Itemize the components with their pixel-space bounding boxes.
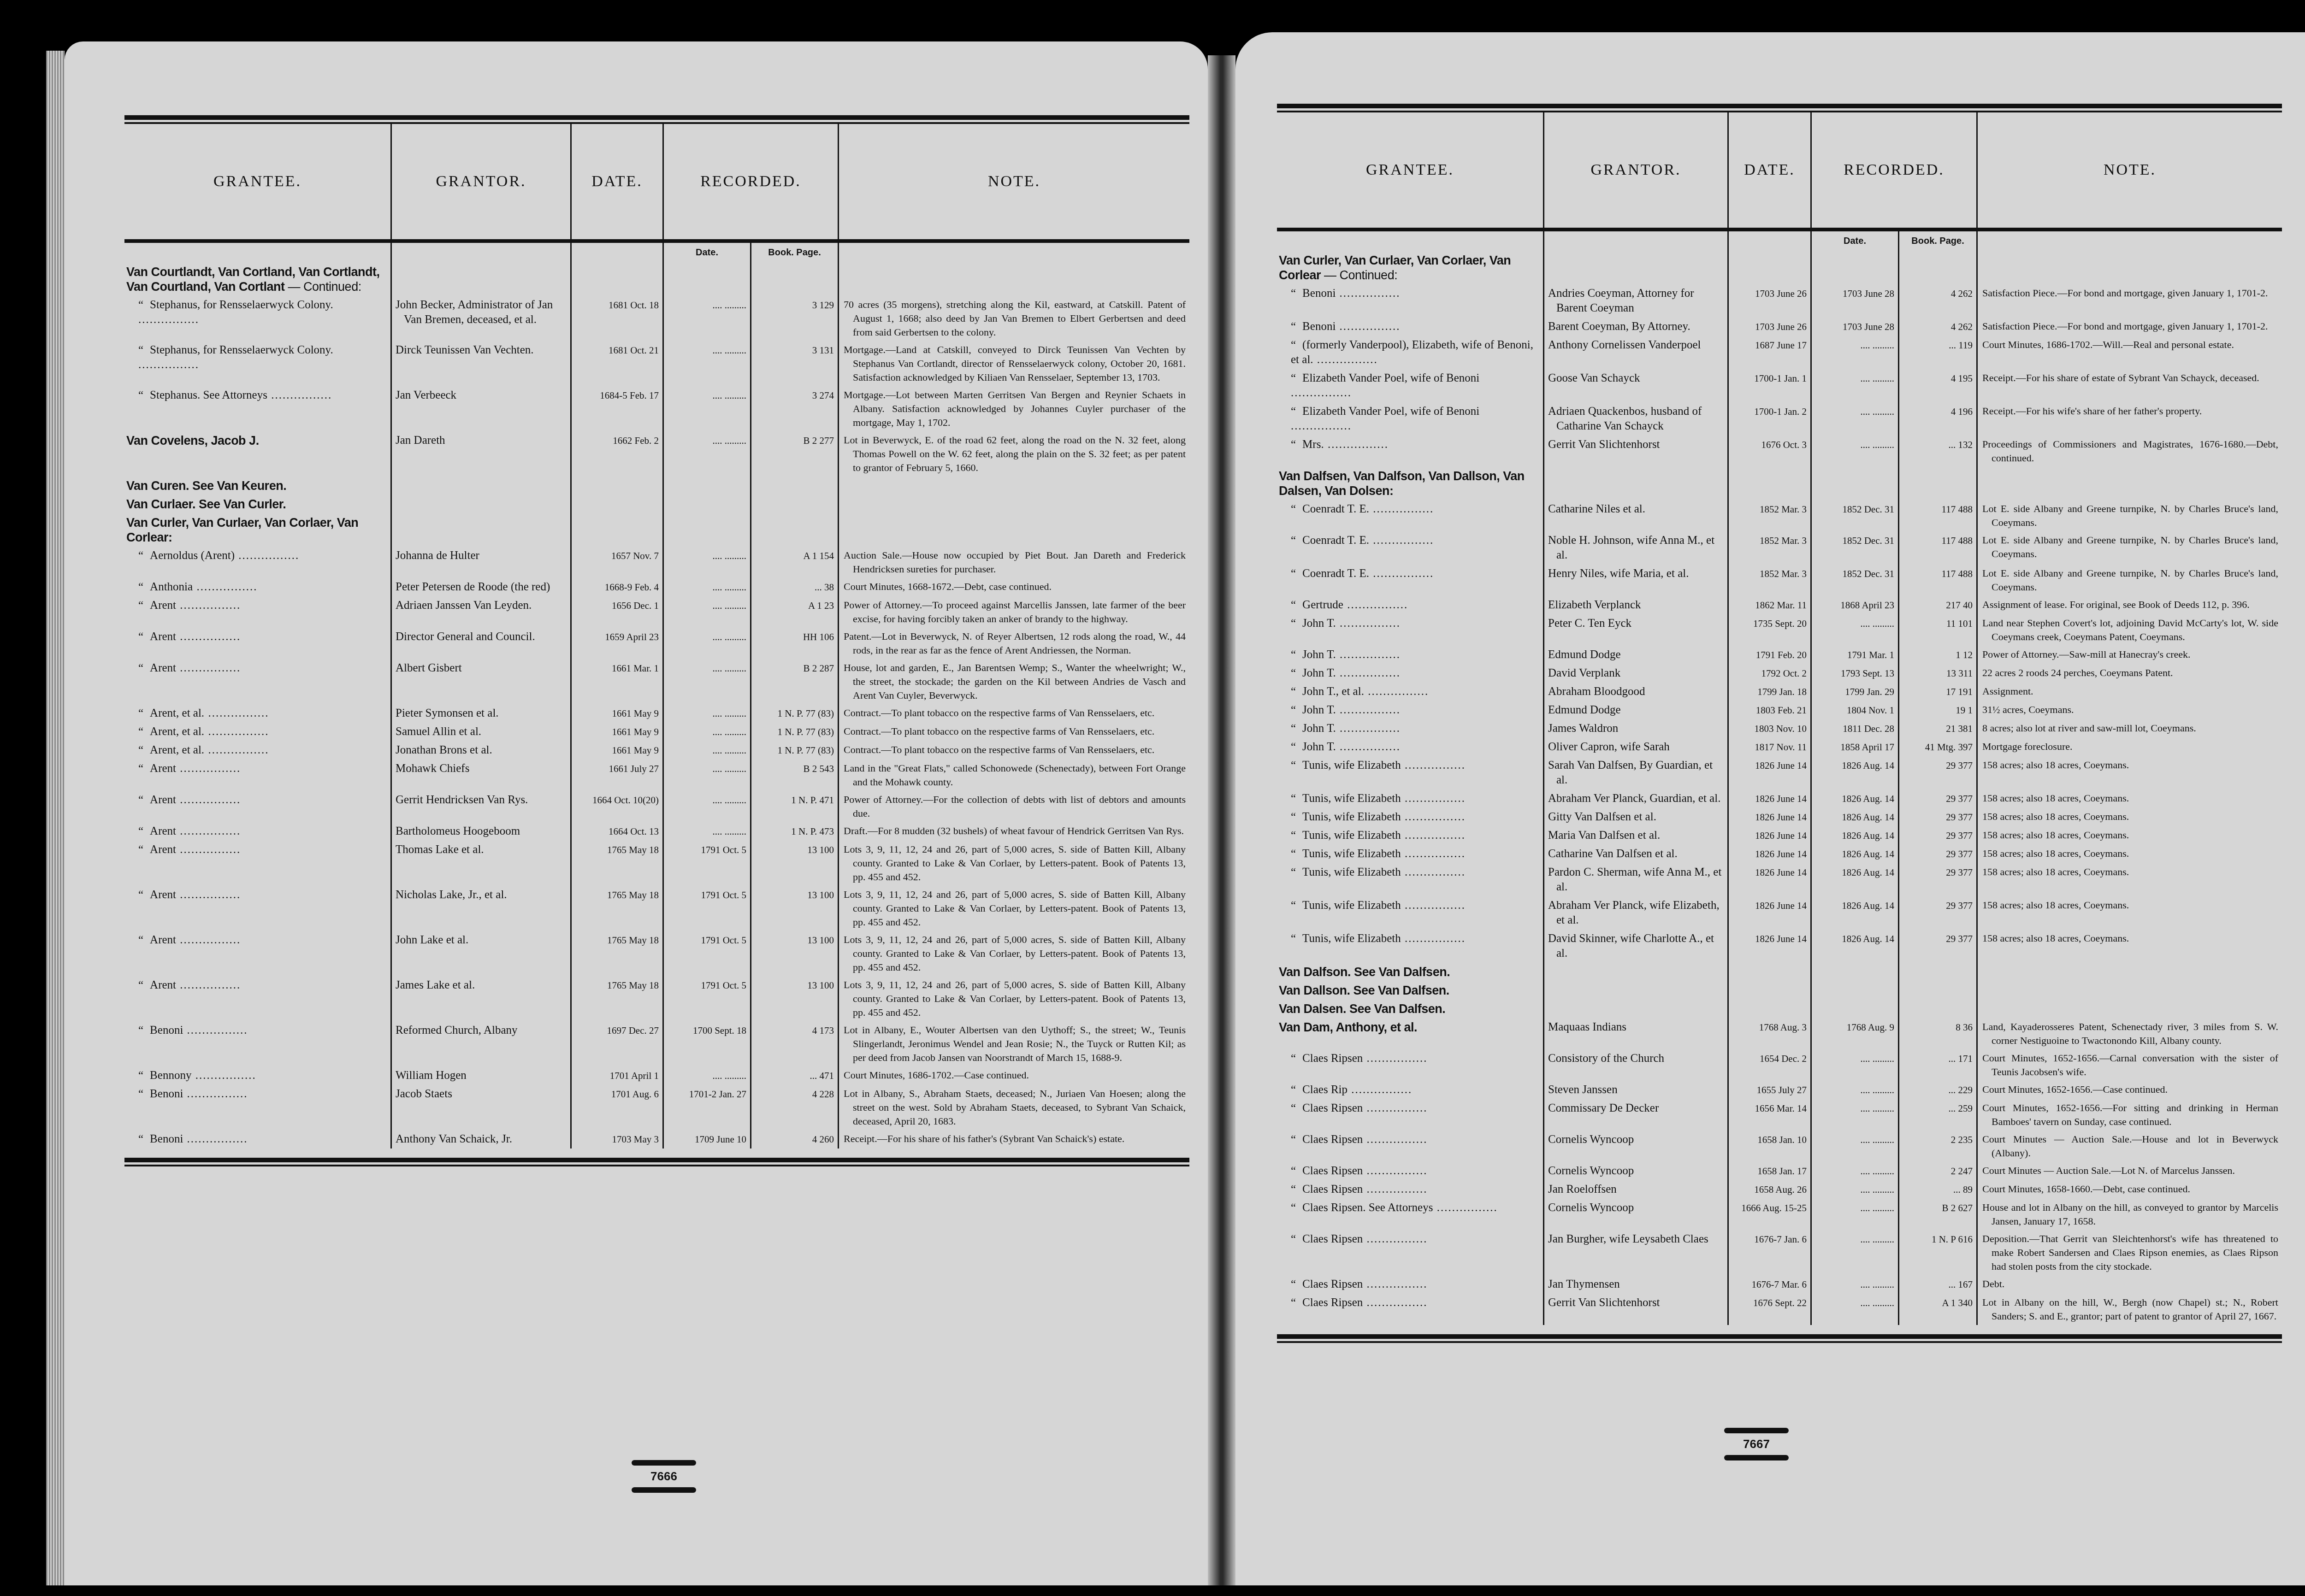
header-grantor: GRANTOR.: [392, 124, 572, 239]
note-cell: Proceedings of Commissioners and Magistr…: [1978, 436, 2282, 467]
recorded-date-cell: 1768 Aug. 9: [1812, 1018, 1899, 1049]
header-grantor: GRANTOR.: [1544, 112, 1729, 228]
date-cell: 1658 Aug. 26: [1729, 1180, 1812, 1199]
table-row: “Coenradt T. E. Catharine Niles et al. 1…: [1277, 500, 2282, 531]
grantee-name: Van Curen. See Van Keuren.: [126, 479, 286, 493]
note-cell: 22 acres 2 roods 24 perches, Coeymans Pa…: [1978, 664, 2282, 683]
ditto-mark: “: [138, 744, 143, 756]
left-ledger-body: Date. Book. Page. Van Courtlandt, Van Co…: [124, 243, 1189, 1148]
right-page-number: 7667: [1687, 1424, 1826, 1464]
grantee-cell: “John T.: [1277, 646, 1544, 664]
note-cell: Lot in Albany on the hill, W., Bergh (no…: [1978, 1294, 2282, 1325]
grantee-name: Coenradt T. E.: [1302, 503, 1434, 515]
page-number-bar-top: [1724, 1428, 1789, 1433]
book-page-cell: 41 Mtg. 397: [1899, 738, 1978, 756]
grantee-cell: “Claes Ripsen: [1277, 1131, 1544, 1162]
grantor-cell: Adriaen Janssen Van Leyden.: [392, 596, 572, 628]
grantee-cell: “Elizabeth Vander Poel, wife of Benoni: [1277, 402, 1544, 436]
header-date: DATE.: [1729, 112, 1812, 228]
recorded-date-cell: .... .........: [664, 628, 751, 659]
grantor-cell: Noble H. Johnson, wife Anna M., et al.: [1544, 531, 1729, 565]
book-page-cell: 29 377: [1899, 863, 1978, 896]
grantee-name: Claes Ripsen: [1302, 1133, 1428, 1146]
table-row: “Benoni Andries Coeyman, Attorney for Ba…: [1277, 284, 2282, 318]
ditto-mark: “: [138, 934, 143, 946]
note-cell: 31½ acres, Coeymans.: [1978, 701, 2282, 719]
grantor-cell: Jonathan Brons et al.: [392, 741, 572, 760]
ditto-mark: “: [1291, 503, 1296, 515]
grantor-cell: Adriaen Quackenbos, husband of Catharine…: [1544, 402, 1729, 436]
right-ledger-table: GRANTEE. GRANTOR. DATE. RECORDED. NOTE. …: [1277, 104, 2282, 1343]
ditto-mark: “: [1291, 438, 1296, 451]
book-page-cell: 117 488: [1899, 500, 1978, 531]
book-page-cell: 13 100: [751, 886, 839, 931]
book-page-cell: 4 228: [751, 1085, 839, 1130]
ditto-mark: “: [1291, 848, 1296, 860]
date-cell: 1799 Jan. 18: [1729, 683, 1812, 701]
note-cell: 158 acres; also 18 acres, Coeymans.: [1978, 930, 2282, 963]
book-page-cell: [751, 513, 839, 547]
date-cell: 1701 April 1: [572, 1066, 664, 1085]
date-cell: 1656 Mar. 14: [1729, 1099, 1812, 1131]
grantee-name: Arent: [150, 934, 241, 946]
book-page-cell: 1 N. P. 471: [751, 791, 839, 822]
book-page-cell: 13 100: [751, 931, 839, 976]
table-row: “Claes Rip Steven Janssen 1655 July 27 .…: [1277, 1081, 2282, 1099]
note-cell: Land, Kayaderosseres Patent, Schenectady…: [1978, 1018, 2282, 1049]
grantee-cell: “Claes Ripsen: [1277, 1099, 1544, 1131]
grantee-cell: “Coenradt T. E.: [1277, 500, 1544, 531]
ditto-mark: “: [1291, 811, 1296, 823]
grantor-cell: Abraham Ver Planck, Guardian, et al.: [1544, 789, 1729, 808]
grantee-name: John T.: [1302, 722, 1401, 735]
ditto-mark: “: [1291, 932, 1296, 945]
grantor-cell: Mohawk Chiefs: [392, 760, 572, 791]
table-row: “Gertrude Elizabeth Verplanck 1862 Mar. …: [1277, 596, 2282, 614]
table-row: “Claes Ripsen Jan Roeloffsen 1658 Aug. 2…: [1277, 1180, 2282, 1199]
table-row: “John T. Oliver Capron, wife Sarah 1817 …: [1277, 738, 2282, 756]
grantor-cell: Gerrit Van Slichtenhorst: [1544, 436, 1729, 467]
grantee-cell: “Arent: [124, 841, 392, 886]
header-recorded: RECORDED.: [664, 124, 839, 239]
recorded-date-cell: .... .........: [664, 386, 751, 431]
book-page-cell: 1 12: [1899, 646, 1978, 664]
note-cell: 158 acres; also 18 acres, Coeymans.: [1978, 845, 2282, 863]
table-row: “Arent Albert Gisbert 1661 Mar. 1 .... .…: [124, 659, 1189, 704]
date-cell: 1701 Aug. 6: [572, 1085, 664, 1130]
grantor-cell: Cornelis Wyncoop: [1544, 1162, 1729, 1180]
table-row: Van Curen. See Van Keuren.: [124, 477, 1189, 495]
grantee-cell: “Claes Ripsen: [1277, 1162, 1544, 1180]
recorded-date-cell: 1826 Aug. 14: [1812, 863, 1899, 896]
date-cell: 1735 Sept. 20: [1729, 614, 1812, 646]
recorded-date-cell: .... .........: [1812, 1199, 1899, 1230]
date-cell: 1664 Oct. 13: [572, 822, 664, 841]
grantor-cell: Abraham Ver Planck, wife Elizabeth, et a…: [1544, 896, 1729, 930]
grantee-cell: “Arent: [124, 791, 392, 822]
grantee-name: (formerly Vanderpool), Elizabeth, wife o…: [1291, 339, 1533, 366]
table-row: Van Dalsen. See Van Dalfsen.: [1277, 1000, 2282, 1018]
note-cell: 158 acres; also 18 acres, Coeymans.: [1978, 896, 2282, 930]
grantor-cell: [392, 495, 572, 513]
book-page-cell: [751, 495, 839, 513]
subheader-recorded-date: Date.: [1812, 231, 1899, 251]
recorded-date-cell: 1868 April 23: [1812, 596, 1899, 614]
book-page-cell: A 1 23: [751, 596, 839, 628]
recorded-date-cell: [664, 263, 751, 296]
grantee-cell: “Benoni: [124, 1021, 392, 1066]
grantor-cell: Abraham Bloodgood: [1544, 683, 1729, 701]
date-cell: [1729, 981, 1812, 1000]
note-cell: [1978, 251, 2282, 284]
book-page-cell: 117 488: [1899, 565, 1978, 596]
table-row: “Stephanus. See Attorneys Jan Verbeeck 1…: [124, 386, 1189, 431]
note-cell: Contract.—To plant tobacco on the respec…: [839, 723, 1189, 741]
page-number-text: 7667: [1687, 1437, 1826, 1451]
grantee-name: Gertrude: [1302, 599, 1408, 611]
note-cell: Court Minutes, 1668-1672.—Debt, case con…: [839, 578, 1189, 596]
grantee-name: Claes Ripsen: [1302, 1165, 1428, 1177]
grantee-name: Arent: [150, 599, 241, 612]
page-number-bar-top: [632, 1460, 696, 1466]
date-cell: 1676 Sept. 22: [1729, 1294, 1812, 1325]
grantor-cell: Gitty Van Dalfsen et al.: [1544, 808, 1729, 826]
ditto-mark: “: [1291, 339, 1296, 351]
grantee-cell: “Claes Ripsen. See Attorneys: [1277, 1199, 1544, 1230]
grantee-name: Arent: [150, 843, 241, 856]
date-cell: [572, 263, 664, 296]
ditto-mark: “: [138, 1133, 143, 1145]
date-cell: 1765 May 18: [572, 841, 664, 886]
note-cell: 158 acres; also 18 acres, Coeymans.: [1978, 789, 2282, 808]
note-cell: Court Minutes, 1686-1702.—Will.—Real and…: [1978, 336, 2282, 369]
recorded-date-cell: .... .........: [1812, 1230, 1899, 1275]
recorded-date-cell: .... .........: [664, 578, 751, 596]
grantor-cell: [392, 263, 572, 296]
grantor-cell: Director General and Council.: [392, 628, 572, 659]
ditto-mark: “: [138, 1088, 143, 1100]
grantee-cell: “Tunis, wife Elizabeth: [1277, 826, 1544, 845]
grantee-cell: Van Dam, Anthony, et al.: [1277, 1018, 1544, 1049]
book-page-cell: 2 247: [1899, 1162, 1978, 1180]
note-cell: 158 acres; also 18 acres, Coeymans.: [1978, 863, 2282, 896]
grantee-cell: “Arent: [124, 596, 392, 628]
grantor-cell: Jan Verbeeck: [392, 386, 572, 431]
note-cell: [839, 477, 1189, 495]
note-cell: Court Minutes, 1652-1656.—Case continued…: [1978, 1081, 2282, 1099]
recorded-date-cell: [1812, 467, 1899, 500]
table-row: “Claes Ripsen Cornelis Wyncoop 1658 Jan.…: [1277, 1131, 2282, 1162]
recorded-date-cell: 1826 Aug. 14: [1812, 826, 1899, 845]
grantor-cell: Peter C. Ten Eyck: [1544, 614, 1729, 646]
date-cell: 1826 June 14: [1729, 756, 1812, 789]
date-cell: 1765 May 18: [572, 931, 664, 976]
note-cell: House and lot in Albany on the hill, as …: [1978, 1199, 2282, 1230]
grantee-cell: “John T., et al.: [1277, 683, 1544, 701]
grantee-cell: “Claes Ripsen: [1277, 1275, 1544, 1294]
grantor-cell: Jan Burgher, wife Leysabeth Claes: [1544, 1230, 1729, 1275]
continued-label: — Continued:: [285, 280, 361, 294]
ditto-mark: “: [1291, 792, 1296, 805]
table-row: “Tunis, wife Elizabeth Gitty Van Dalfsen…: [1277, 808, 2282, 826]
grantee-name: Arent: [150, 825, 241, 837]
grantee-name: Coenradt T. E.: [1302, 534, 1434, 547]
grantee-name: Van Dalsen. See Van Dalfsen.: [1279, 1002, 1445, 1016]
recorded-date-cell: 1826 Aug. 14: [1812, 930, 1899, 963]
grantor-cell: Edmund Dodge: [1544, 646, 1729, 664]
grantor-cell: Steven Janssen: [1544, 1081, 1729, 1099]
grantor-cell: Maquaas Indians: [1544, 1018, 1729, 1049]
table-row: Van Curler, Van Curlaer, Van Corlaer, Va…: [1277, 251, 2282, 284]
table-row: “Arent Director General and Council. 165…: [124, 628, 1189, 659]
note-cell: [1978, 963, 2282, 981]
ditto-mark: “: [138, 889, 143, 901]
table-row: “Claes Ripsen Consistory of the Church 1…: [1277, 1049, 2282, 1081]
ditto-mark: “: [138, 662, 143, 674]
book-page-cell: 21 381: [1899, 719, 1978, 738]
book-page-cell: [1899, 251, 1978, 284]
grantor-cell: William Hogen: [392, 1066, 572, 1085]
book-page-cell: B 2 543: [751, 760, 839, 791]
recorded-date-cell: .... .........: [1812, 369, 1899, 402]
table-row: “Stephanus, for Rensselaerwyck Colony. J…: [124, 296, 1189, 341]
grantee-name: Arent: [150, 979, 241, 991]
book-page-cell: A 1 340: [1899, 1294, 1978, 1325]
grantee-cell: “(formerly Vanderpool), Elizabeth, wife …: [1277, 336, 1544, 369]
date-cell: 1852 Mar. 3: [1729, 531, 1812, 565]
recorded-date-cell: .... .........: [664, 296, 751, 341]
recorded-date-cell: 1799 Jan. 29: [1812, 683, 1899, 701]
grantor-cell: Gerrit Hendricksen Van Rys.: [392, 791, 572, 822]
grantee-name: Benoni: [150, 1088, 248, 1100]
grantee-cell: Van Curler, Van Curlaer, Van Corlaer, Va…: [124, 513, 392, 547]
table-row: “Claes Ripsen Jan Burgher, wife Leysabet…: [1277, 1230, 2282, 1275]
note-cell: Power of Attorney.—Saw-mill at Hanecray'…: [1978, 646, 2282, 664]
table-row: “Tunis, wife Elizabeth David Skinner, wi…: [1277, 930, 2282, 963]
book-page-cell: 117 488: [1899, 531, 1978, 565]
table-row: “John T., et al. Abraham Bloodgood 1799 …: [1277, 683, 2282, 701]
top-rule: [124, 115, 1189, 120]
table-row: “John T. Edmund Dodge 1803 Feb. 21 1804 …: [1277, 701, 2282, 719]
table-row: “Arent James Lake et al. 1765 May 18 179…: [124, 976, 1189, 1021]
grantor-cell: Barent Coeyman, By Attorney.: [1544, 318, 1729, 336]
recorded-date-cell: 1858 April 17: [1812, 738, 1899, 756]
note-cell: Lot in Beverwyck, E. of the road 62 feet…: [839, 431, 1189, 477]
table-row: “Arent, et al. Samuel Allin et al. 1661 …: [124, 723, 1189, 741]
table-row: “(formerly Vanderpool), Elizabeth, wife …: [1277, 336, 2282, 369]
grantee-cell: “Anthonia: [124, 578, 392, 596]
grantee-cell: “Benoni: [1277, 318, 1544, 336]
table-row: “Arent Gerrit Hendricksen Van Rys. 1664 …: [124, 791, 1189, 822]
note-cell: Receipt.—For his share of his father's (…: [839, 1130, 1189, 1148]
date-cell: 1803 Nov. 10: [1729, 719, 1812, 738]
date-cell: 1681 Oct. 21: [572, 341, 664, 386]
book-page-cell: 4 262: [1899, 284, 1978, 318]
ditto-mark: “: [1291, 1052, 1296, 1065]
grantee-name: Tunis, wife Elizabeth: [1302, 811, 1466, 823]
ditto-mark: “: [138, 707, 143, 719]
book-page-cell: 13 311: [1899, 664, 1978, 683]
table-row: Van Dallson. See Van Dalfsen.: [1277, 981, 2282, 1000]
grantee-cell: Van Courtlandt, Van Cortland, Van Cortla…: [124, 263, 392, 296]
grantee-name: Arent, et al.: [150, 725, 269, 738]
grantor-cell: Oliver Capron, wife Sarah: [1544, 738, 1729, 756]
grantee-cell: “Claes Rip: [1277, 1081, 1544, 1099]
recorded-date-cell: .... .........: [664, 341, 751, 386]
recorded-date-cell: .... .........: [1812, 436, 1899, 467]
grantee-cell: Van Dalsen. See Van Dalfsen.: [1277, 1000, 1544, 1018]
note-cell: Court Minutes — Auction Sale.—House and …: [1978, 1131, 2282, 1162]
grantee-name: John T.: [1302, 617, 1401, 630]
grantee-cell: “Arent: [124, 822, 392, 841]
grantee-cell: “Elizabeth Vander Poel, wife of Benoni: [1277, 369, 1544, 402]
book-page-cell: 4 196: [1899, 402, 1978, 436]
note-cell: House, lot and garden, E., Jan Barentsen…: [839, 659, 1189, 704]
grantee-cell: “Arent: [124, 931, 392, 976]
table-row: Van Dalfson. See Van Dalfsen.: [1277, 963, 2282, 981]
note-cell: [1978, 1000, 2282, 1018]
recorded-date-cell: [664, 477, 751, 495]
recorded-date-cell: 1793 Sept. 13: [1812, 664, 1899, 683]
date-cell: 1826 June 14: [1729, 896, 1812, 930]
grantee-name: Claes Ripsen: [1302, 1233, 1428, 1245]
note-cell: 158 acres; also 18 acres, Coeymans.: [1978, 756, 2282, 789]
book-page-cell: 4 262: [1899, 318, 1978, 336]
grantor-cell: Cornelis Wyncoop: [1544, 1199, 1729, 1230]
grantee-name: Claes Ripsen: [1302, 1278, 1428, 1290]
grantee-cell: “Claes Ripsen: [1277, 1230, 1544, 1275]
table-row: “Benoni Jacob Staets 1701 Aug. 6 1701-2 …: [124, 1085, 1189, 1130]
grantor-cell: David Skinner, wife Charlotte A., et al.: [1544, 930, 1729, 963]
book-page-cell: 29 377: [1899, 789, 1978, 808]
bottom-rule: [124, 1158, 1189, 1162]
table-row: “Arent, et al. Jonathan Brons et al. 166…: [124, 741, 1189, 760]
date-cell: 1852 Mar. 3: [1729, 500, 1812, 531]
book-page-cell: 13 100: [751, 976, 839, 1021]
recorded-date-cell: [1812, 963, 1899, 981]
grantee-cell: “Claes Ripsen: [1277, 1049, 1544, 1081]
grantee-name: Tunis, wife Elizabeth: [1302, 899, 1466, 912]
date-cell: 1703 June 26: [1729, 284, 1812, 318]
grantee-name: Claes Ripsen. See Attorneys: [1302, 1201, 1498, 1214]
grantee-name: John T.: [1302, 648, 1401, 661]
note-cell: Draft.—For 8 mudden (32 bushels) of whea…: [839, 822, 1189, 841]
ditto-mark: “: [138, 794, 143, 806]
recorded-date-cell: .... .........: [1812, 1081, 1899, 1099]
grantee-name: Arent, et al.: [150, 744, 269, 756]
table-row: “Coenradt T. E. Henry Niles, wife Maria,…: [1277, 565, 2282, 596]
book-page-cell: A 1 154: [751, 547, 839, 578]
grantor-cell: Thomas Lake et al.: [392, 841, 572, 886]
header-note: NOTE.: [839, 124, 1189, 239]
recorded-date-cell: 1791 Oct. 5: [664, 841, 751, 886]
note-cell: Land near Stephen Covert's lot, adjoinin…: [1978, 614, 2282, 646]
note-cell: Lot in Albany, S., Abraham Staets, decea…: [839, 1085, 1189, 1130]
book-page-cell: 17 191: [1899, 683, 1978, 701]
grantor-cell: Anthony Van Schaick, Jr.: [392, 1130, 572, 1148]
grantee-name: Arent: [150, 889, 241, 901]
book-page-cell: 2 235: [1899, 1131, 1978, 1162]
date-cell: [1729, 963, 1812, 981]
table-row: “Claes Ripsen. See Attorneys Cornelis Wy…: [1277, 1199, 2282, 1230]
grantor-cell: Gerrit Van Slichtenhorst: [1544, 1294, 1729, 1325]
grantor-cell: Consistory of the Church: [1544, 1049, 1729, 1081]
note-cell: 70 acres (35 morgens), stretching along …: [839, 296, 1189, 341]
table-row: “Arent Thomas Lake et al. 1765 May 18 17…: [124, 841, 1189, 886]
grantee-cell: “John T.: [1277, 614, 1544, 646]
book-page-cell: ... 132: [1899, 436, 1978, 467]
grantor-cell: [1544, 251, 1729, 284]
recorded-date-cell: 1826 Aug. 14: [1812, 845, 1899, 863]
grantor-cell: Goose Van Schayck: [1544, 369, 1729, 402]
ditto-mark: “: [1291, 617, 1296, 630]
date-cell: 1826 June 14: [1729, 789, 1812, 808]
note-cell: Deposition.—That Gerrit van Sleichtenhor…: [1978, 1230, 2282, 1275]
book-page-cell: [1899, 963, 1978, 981]
recorded-date-cell: 1811 Dec. 28: [1812, 719, 1899, 738]
note-cell: Court Minutes — Auction Sale.—Lot N. of …: [1978, 1162, 2282, 1180]
book-page-cell: ... 259: [1899, 1099, 1978, 1131]
book-page-cell: 217 40: [1899, 596, 1978, 614]
recorded-date-cell: .... .........: [664, 659, 751, 704]
date-cell: 1681 Oct. 18: [572, 296, 664, 341]
grantee-name: Stephanus. See Attorneys: [150, 389, 332, 401]
bottom-rule-thin: [124, 1165, 1189, 1166]
grantor-cell: Anthony Cornelissen Vanderpoel: [1544, 336, 1729, 369]
ditto-mark: “: [1291, 1084, 1296, 1096]
ditto-mark: “: [138, 549, 143, 562]
grantor-cell: Dirck Teunissen Van Vechten.: [392, 341, 572, 386]
grantee-name: John T.: [1302, 741, 1401, 753]
grantee-cell: “John T.: [1277, 738, 1544, 756]
grantor-cell: [1544, 1000, 1729, 1018]
ditto-mark: “: [1291, 1296, 1296, 1309]
ditto-mark: “: [1291, 1233, 1296, 1245]
grantor-cell: Andries Coeyman, Attorney for Barent Coe…: [1544, 284, 1729, 318]
ditto-mark: “: [1291, 320, 1296, 333]
recorded-date-cell: 1703 June 28: [1812, 318, 1899, 336]
grantor-cell: David Verplank: [1544, 664, 1729, 683]
grantee-name: Claes Ripsen: [1302, 1052, 1428, 1065]
date-cell: 1700-1 Jan. 1: [1729, 369, 1812, 402]
table-row: “Arent Nicholas Lake, Jr., et al. 1765 M…: [124, 886, 1189, 931]
grantee-cell: “Arent: [124, 760, 392, 791]
grantee-cell: “John T.: [1277, 664, 1544, 683]
book-page-cell: 19 1: [1899, 701, 1978, 719]
date-cell: 1700-1 Jan. 2: [1729, 402, 1812, 436]
ditto-mark: “: [138, 979, 143, 991]
book-page-cell: 11 101: [1899, 614, 1978, 646]
grantee-cell: “Arent, et al.: [124, 741, 392, 760]
grantor-cell: John Lake et al.: [392, 931, 572, 976]
grantee-name: Benoni: [150, 1133, 248, 1145]
ditto-mark: “: [1291, 534, 1296, 547]
note-cell: Lot E. side Albany and Greene turnpike, …: [1978, 500, 2282, 531]
date-cell: 1668-9 Feb. 4: [572, 578, 664, 596]
grantee-name: Claes Rip: [1302, 1084, 1412, 1096]
book-page-cell: 29 377: [1899, 808, 1978, 826]
ditto-mark: “: [138, 725, 143, 738]
table-row: “Tunis, wife Elizabeth Maria Van Dalfsen…: [1277, 826, 2282, 845]
ditto-mark: “: [1291, 667, 1296, 679]
ditto-mark: “: [1291, 685, 1296, 698]
grantor-cell: Catharine Van Dalfsen et al.: [1544, 845, 1729, 863]
note-cell: Court Minutes, 1652-1656.—Carnal convers…: [1978, 1049, 2282, 1081]
date-cell: 1664 Oct. 10(20): [572, 791, 664, 822]
recorded-date-cell: .... .........: [664, 822, 751, 841]
recorded-date-cell: .... .........: [1812, 1294, 1899, 1325]
date-cell: 1852 Mar. 3: [1729, 565, 1812, 596]
